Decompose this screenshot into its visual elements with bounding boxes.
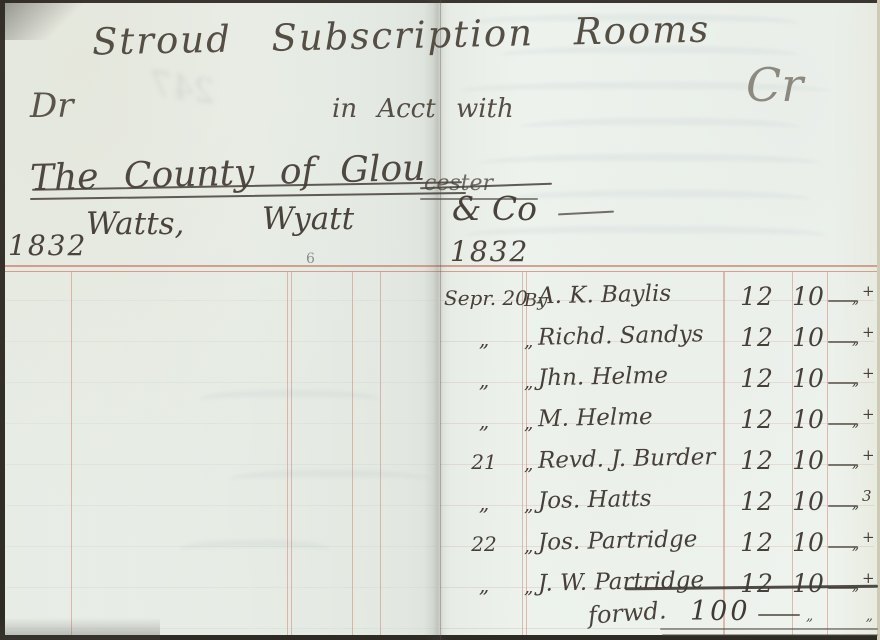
entry-name: Jhn. Helme (538, 363, 668, 392)
entry-pounds: 12 (726, 487, 788, 516)
strikethrough-line (420, 198, 538, 200)
feint-line (6, 464, 436, 465)
pencil-plus-mark: + (862, 446, 875, 464)
forward-label: forwd. (587, 596, 667, 629)
feint-line (6, 587, 436, 588)
total-rule (662, 634, 878, 636)
entry-date: 21 (444, 450, 524, 474)
column-rule (380, 272, 381, 635)
year-right: 1832 (450, 235, 529, 268)
bleed-through-stroke (230, 470, 430, 491)
entry-pence-ditto: „ (852, 332, 859, 348)
entry-pounds: 12 (726, 282, 788, 311)
bleed-through-stroke (480, 154, 820, 175)
feint-line (6, 628, 436, 629)
pencil-plus-mark: + (862, 405, 875, 423)
entry-by-ditto: „ (524, 577, 533, 598)
pencil-plus-mark: + (862, 528, 875, 546)
ledger-row: „ „ Richd. Sandys 12 10 „ + (438, 319, 875, 360)
pencil-plus-mark: + (862, 364, 875, 382)
entry-shillings: 10 (790, 282, 826, 311)
entry-by-ditto: „ (524, 454, 533, 475)
ledger-row: 22 „ Jos. Partridge 12 10 „ + (438, 524, 875, 565)
entry-date: „ (444, 491, 524, 515)
entry-name: Jos. Partridge (538, 526, 698, 555)
bleed-through-stroke (180, 540, 330, 561)
entry-by-ditto: „ (524, 413, 533, 434)
entry-by-ditto: „ (524, 536, 533, 557)
feint-line (6, 382, 436, 383)
entry-pence-ditto: „ (852, 414, 859, 430)
total-rule (660, 628, 878, 630)
entry-by-ditto: „ (524, 372, 533, 393)
pencil-plus-mark: + (862, 323, 875, 341)
ledger-row: „ „ Jhn. Helme 12 10 „ + (438, 360, 875, 401)
pencil-plus-mark: + (862, 282, 875, 300)
column-rule (71, 272, 72, 635)
bleed-through-stroke (510, 190, 810, 211)
entry-date: Sepr. 20 (444, 286, 524, 310)
entry-name: M. Helme (538, 404, 653, 432)
entry-shillings: 10 (790, 323, 826, 352)
feint-line (6, 505, 436, 506)
pencil-plus-mark: 3 (862, 487, 872, 505)
feint-line (6, 300, 436, 301)
year-left: 1832 (8, 229, 87, 262)
entry-pence-ditto: „ (852, 291, 859, 307)
ledger-row: „ „ M. Helme 12 10 „ + (438, 401, 875, 442)
entry-name: J. W. Partridge (538, 567, 705, 596)
entry-name: Revd. J. Burder (538, 444, 716, 474)
credit-label: Cr (746, 58, 803, 112)
account-holder-watts: Watts, (86, 206, 184, 242)
entry-by-ditto: „ (524, 495, 533, 516)
column-rule (291, 272, 292, 635)
entry-pounds: 12 (726, 323, 788, 352)
entry-pence-ditto: „ (852, 537, 859, 553)
account-phrase: in Acct with (332, 94, 514, 124)
entry-by-ditto: „ (524, 331, 533, 352)
entry-date: 22 (444, 532, 524, 556)
bleed-through-stroke (520, 118, 800, 139)
debit-label: Dr (30, 86, 74, 126)
entry-name: Jos. Hatts (538, 486, 652, 514)
feint-line (6, 341, 436, 342)
column-rule (352, 272, 353, 635)
entry-pence-ditto: „ (852, 373, 859, 389)
entry-date: „ (444, 327, 524, 351)
account-holder-wyatt: Wyatt (262, 201, 354, 237)
entry-pence-ditto: „ (852, 455, 859, 471)
ledger-row: Sepr. 20 By A. K. Baylis 12 10 „ + (438, 278, 875, 319)
entry-pounds: 12 (726, 446, 788, 475)
entry-date: „ (444, 409, 524, 433)
entry-pounds: 12 (726, 405, 788, 434)
entry-date: „ (444, 573, 524, 597)
ledger-row: 21 „ Revd. J. Burder 12 10 „ + (438, 442, 875, 483)
entry-date: „ (444, 368, 524, 392)
entry-shillings: 10 (790, 528, 826, 557)
entry-pence-ditto: „ (852, 496, 859, 512)
forward-pence-dittos: „ „ (806, 608, 880, 624)
feint-line (6, 546, 436, 547)
entry-shillings: 10 (790, 405, 826, 434)
column-rule (287, 272, 288, 635)
account-holder-co: & Co (452, 189, 537, 228)
entry-shillings: 10 (790, 569, 826, 598)
entry-name: Richd. Sandys (538, 321, 704, 350)
entry-pounds: 12 (726, 364, 788, 393)
entry-shillings: 10 (790, 364, 826, 393)
entry-pounds: 12 (726, 528, 788, 557)
forward-amount: 100 (690, 596, 751, 627)
entry-shillings: 10 (790, 446, 826, 475)
entry-name: A. K. Baylis (538, 281, 672, 310)
feint-line (6, 423, 436, 424)
entry-shillings: 10 (790, 487, 826, 516)
forward-dash (758, 614, 800, 616)
ledger-row: „ „ Jos. Hatts 12 10 „ 3 (438, 483, 875, 524)
ledger-photo: Stroud Subscription Rooms Dr in Acct wit… (0, 0, 880, 640)
pencil-note: 6 (306, 251, 315, 267)
entry-pounds: 12 (726, 569, 788, 598)
